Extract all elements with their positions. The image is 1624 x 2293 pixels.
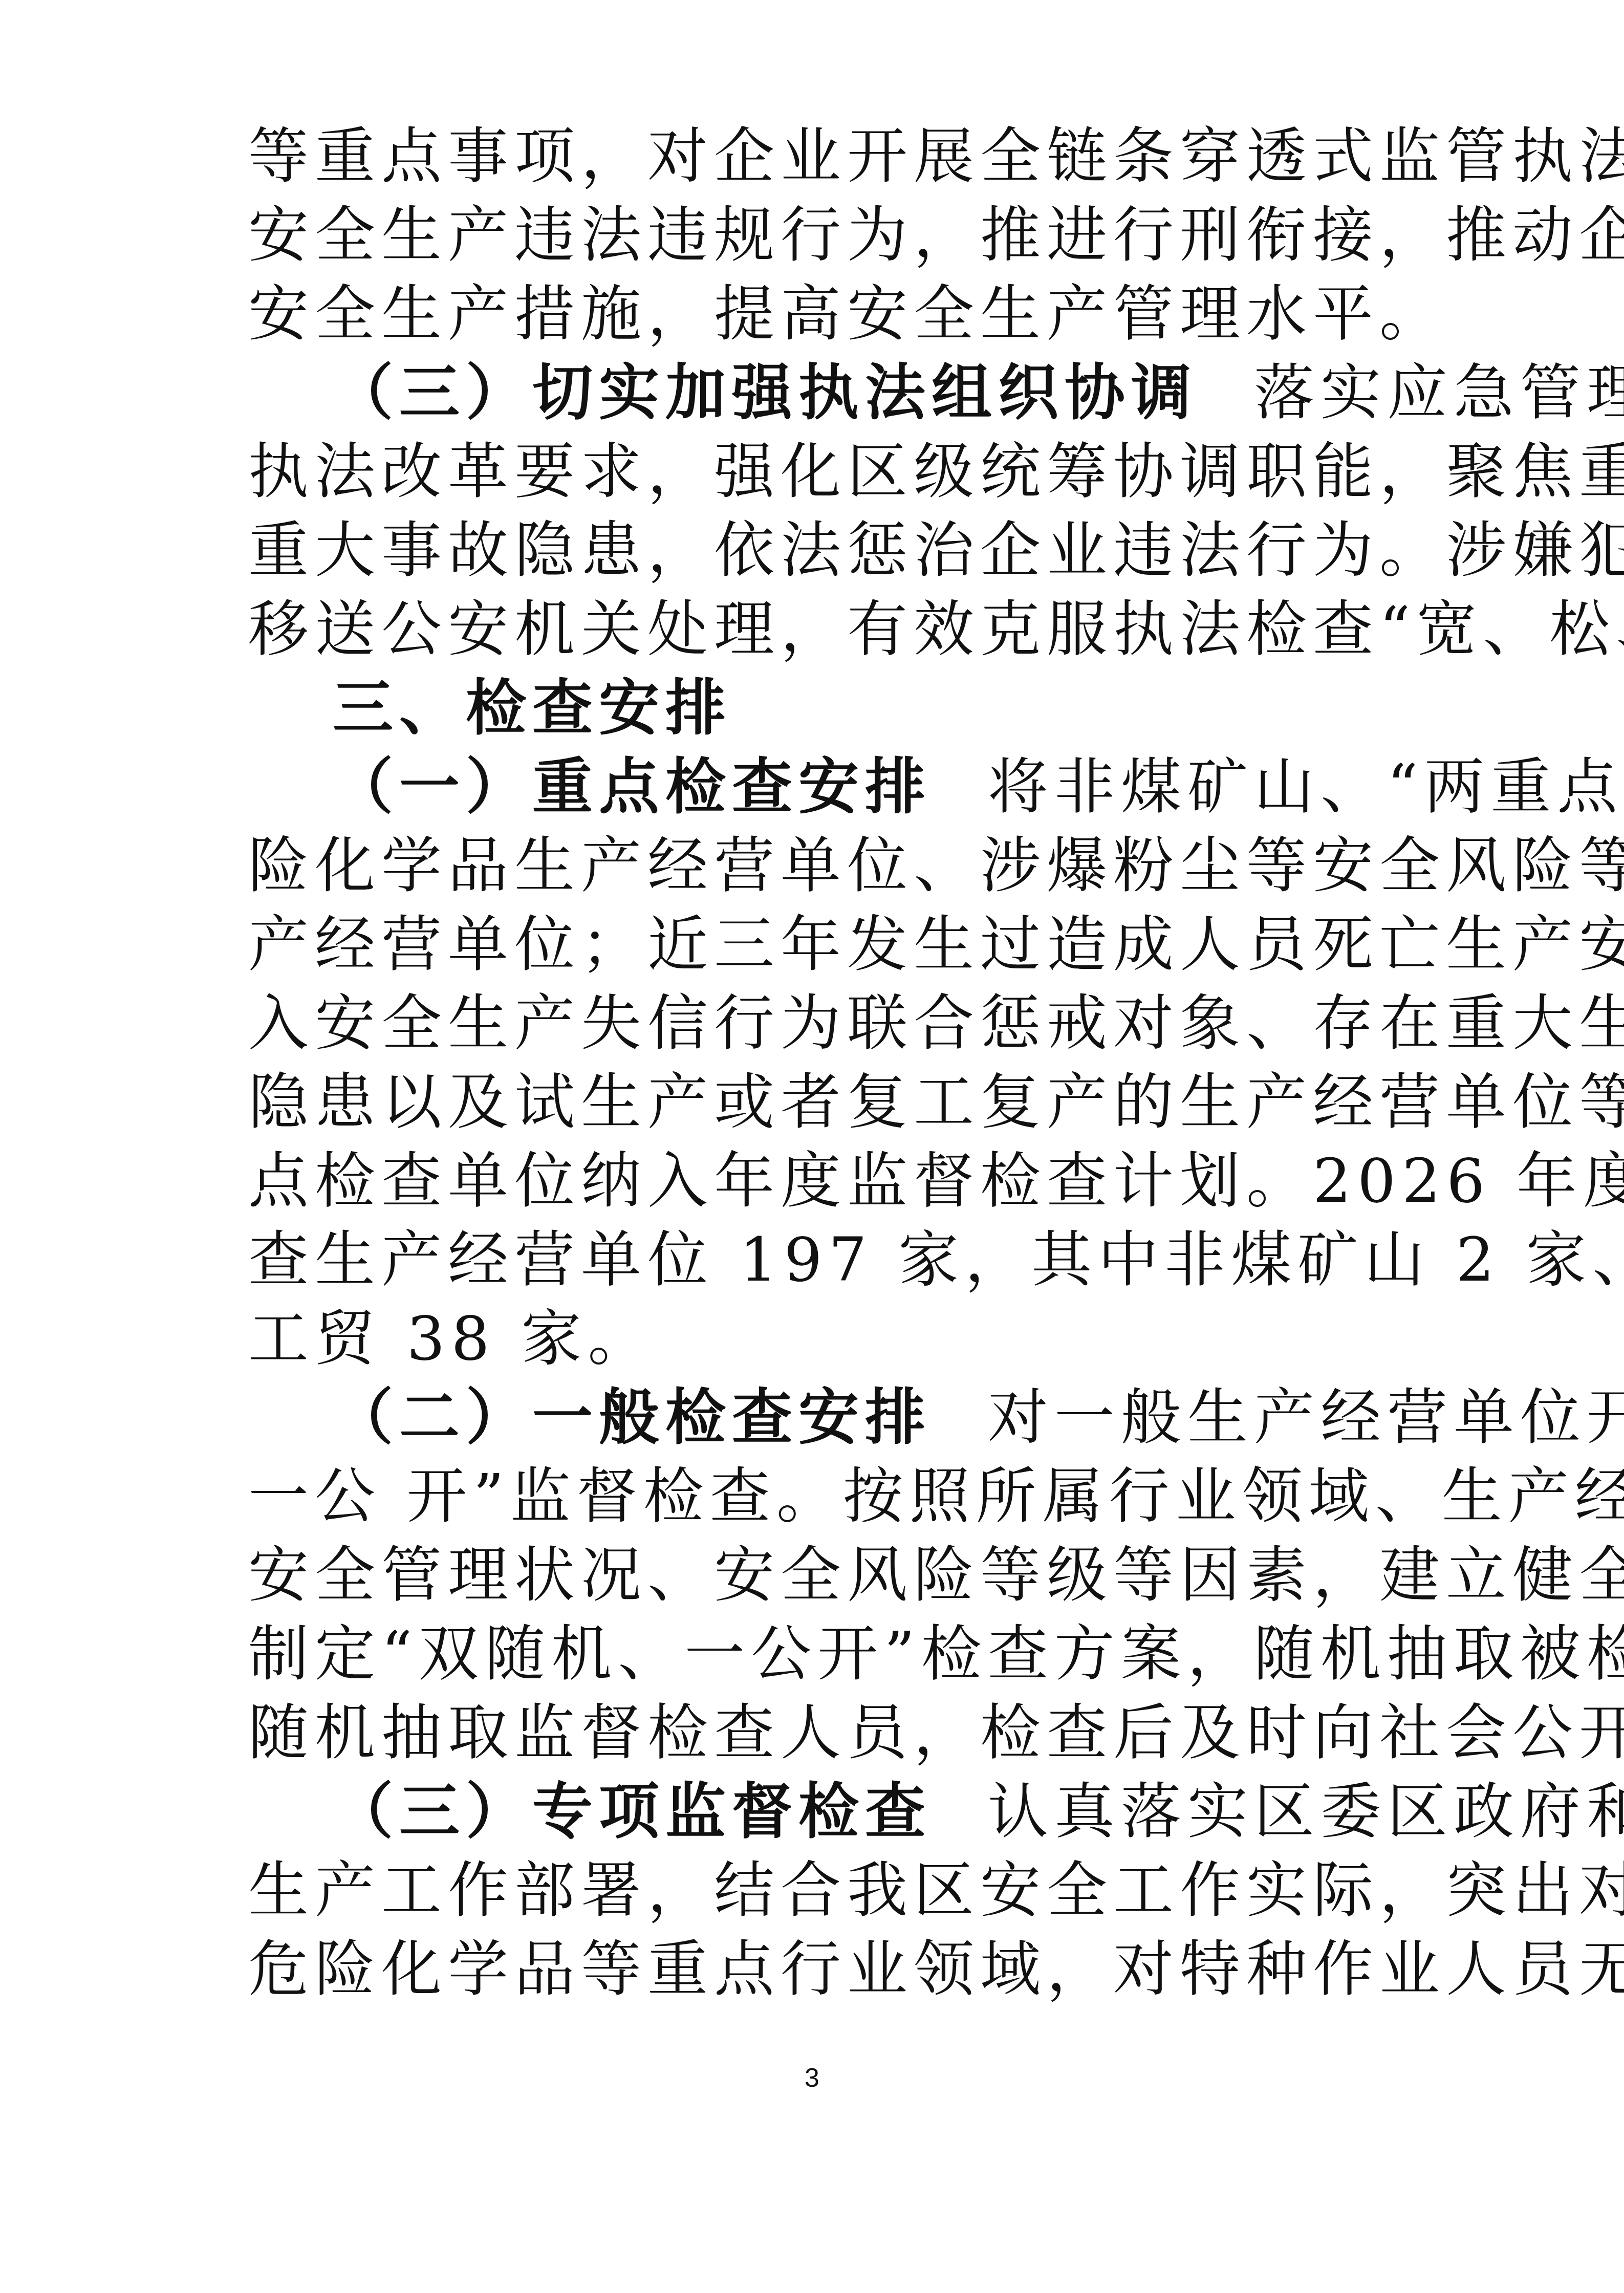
heading-text: 三、检查安排 <box>333 672 732 743</box>
body-line-20: 制定“双随机、一公开”检查方案，随机抽取被检查对象、 <box>248 1614 1395 1693</box>
line-text: 生产工作部署，结合我区安全工作实际，突出对非煤矿山、 <box>248 1855 1624 1926</box>
body-line-11: 产经营单位；近三年发生过造成人员死亡生产安全事故、纳 <box>248 905 1395 984</box>
body-line-2: 安全生产违法违规行为，推进行刑衔接，推动企业落实落细 <box>248 196 1395 274</box>
body-line-18: 一公 开”监督检查。按照所属行业领域、生产经营规模、 <box>248 1457 1395 1535</box>
section-heading-inspection-arrangement: 三、检查安排 <box>333 668 1479 747</box>
body-line-7: 移送公安机关处理，有效克服执法检查“宽、松、软”。 <box>248 590 1395 668</box>
section-3-enforcement-coordination: （三）切实加强执法组织协调落实应急管理综合行政 <box>333 353 1479 432</box>
line-text: 安全生产违法违规行为，推进行刑衔接，推动企业落实落细 <box>248 200 1624 270</box>
body-line-12: 入安全生产失信行为联合惩戒对象、存在重大生产安全事故 <box>248 984 1395 1063</box>
line-text: 随机抽取监督检查人员，检查后及时向社会公开检查结果。 <box>248 1697 1624 1768</box>
page-number: 3 <box>0 2063 1624 2093</box>
line-text: 移送公安机关处理，有效克服执法检查“宽、松、软”。 <box>248 594 1624 664</box>
line-text: 隐患以及试生产或者复工复产的生产经营单位等确定为重 <box>248 1067 1624 1137</box>
subheading-lead: （三）切实加强执法组织协调 <box>333 357 1198 428</box>
line-text: 制定“双随机、一公开”检查方案，随机抽取被检查对象、 <box>248 1618 1624 1689</box>
line-text: 落实应急管理综合行政 <box>1254 357 1624 428</box>
line-text: 安全管理状况、安全风险等级等因素，建立健全“一单两库”。 <box>248 1540 1624 1610</box>
body-line-1: 等重点事项，对企业开展全链条穿透式监管执法，依法查处 <box>248 117 1395 196</box>
line-text: 对一般生产经营单位开展“双随机、 <box>988 1382 1624 1453</box>
body-line-19: 安全管理状况、安全风险等级等因素，建立健全“一单两库”。 <box>248 1535 1395 1614</box>
line-text: 查生产经营单位 197 家，其中非煤矿山 2 家、危化 157 家、 <box>248 1224 1624 1295</box>
line-text: 险化学品生产经营单位、涉爆粉尘等安全风险等级较高的生 <box>248 830 1624 901</box>
line-text: 将非煤矿山、“两重点一重大”危 <box>988 751 1624 822</box>
body-line-15: 查生产经营单位 197 家，其中非煤矿山 2 家、危化 157 家、 <box>248 1220 1395 1299</box>
body-line-5: 执法改革要求，强化区级统筹协调职能，聚焦重点行业领域、 <box>248 432 1395 511</box>
line-text: 工贸 38 家。 <box>248 1303 654 1374</box>
line-text: 重大事故隐患，依法惩治企业违法行为。涉嫌犯罪的，及时 <box>248 515 1624 586</box>
body-line-16: 工贸 38 家。 <box>248 1299 1395 1378</box>
line-text: 认真落实区委区政府和市局安全 <box>988 1776 1624 1847</box>
line-text: 危险化学品等重点行业领域，对特种作业人员无证上岗违规 <box>248 1934 1624 2004</box>
line-text: 入安全生产失信行为联合惩戒对象、存在重大生产安全事故 <box>248 988 1624 1058</box>
body-line-13: 隐患以及试生产或者复工复产的生产经营单位等确定为重 <box>248 1063 1395 1141</box>
body-line-23: 生产工作部署，结合我区安全工作实际，突出对非煤矿山、 <box>248 1851 1395 1930</box>
body-line-24: 危险化学品等重点行业领域，对特种作业人员无证上岗违规 <box>248 1930 1395 2008</box>
body-line-10: 险化学品生产经营单位、涉爆粉尘等安全风险等级较高的生 <box>248 826 1395 905</box>
subsection-general-inspection: （二）一般检查安排对一般生产经营单位开展“双随机、 <box>333 1378 1479 1457</box>
body-line-3: 安全生产措施，提高安全生产管理水平。 <box>248 274 1395 353</box>
subheading-lead: （三）专项监督检查 <box>333 1776 932 1847</box>
line-text: 产经营单位；近三年发生过造成人员死亡生产安全事故、纳 <box>248 909 1624 980</box>
subsection-special-inspection: （三）专项监督检查认真落实区委区政府和市局安全 <box>333 1772 1479 1851</box>
body-line-21: 随机抽取监督检查人员，检查后及时向社会公开检查结果。 <box>248 1693 1395 1772</box>
document-page: 等重点事项，对企业开展全链条穿透式监管执法，依法查处 安全生产违法违规行为，推进… <box>0 0 1624 2293</box>
body-line-6: 重大事故隐患，依法惩治企业违法行为。涉嫌犯罪的，及时 <box>248 511 1395 590</box>
line-text: 一公 开”监督检查。按照所属行业领域、生产经营规模、 <box>248 1461 1624 1531</box>
line-text: 点检查单位纳入年度监督检查计划。2026 年度，区级重点检 <box>248 1145 1624 1216</box>
line-text: 等重点事项，对企业开展全链条穿透式监管执法，依法查处 <box>248 121 1624 191</box>
line-text: 执法改革要求，强化区级统筹协调职能，聚焦重点行业领域、 <box>248 436 1624 507</box>
subsection-key-inspection: （一）重点检查安排将非煤矿山、“两重点一重大”危 <box>333 747 1479 826</box>
subheading-lead: （二）一般检查安排 <box>333 1382 932 1453</box>
subheading-lead: （一）重点检查安排 <box>333 751 932 822</box>
line-text: 安全生产措施，提高安全生产管理水平。 <box>248 278 1446 349</box>
body-line-14: 点检查单位纳入年度监督检查计划。2026 年度，区级重点检 <box>248 1141 1395 1220</box>
